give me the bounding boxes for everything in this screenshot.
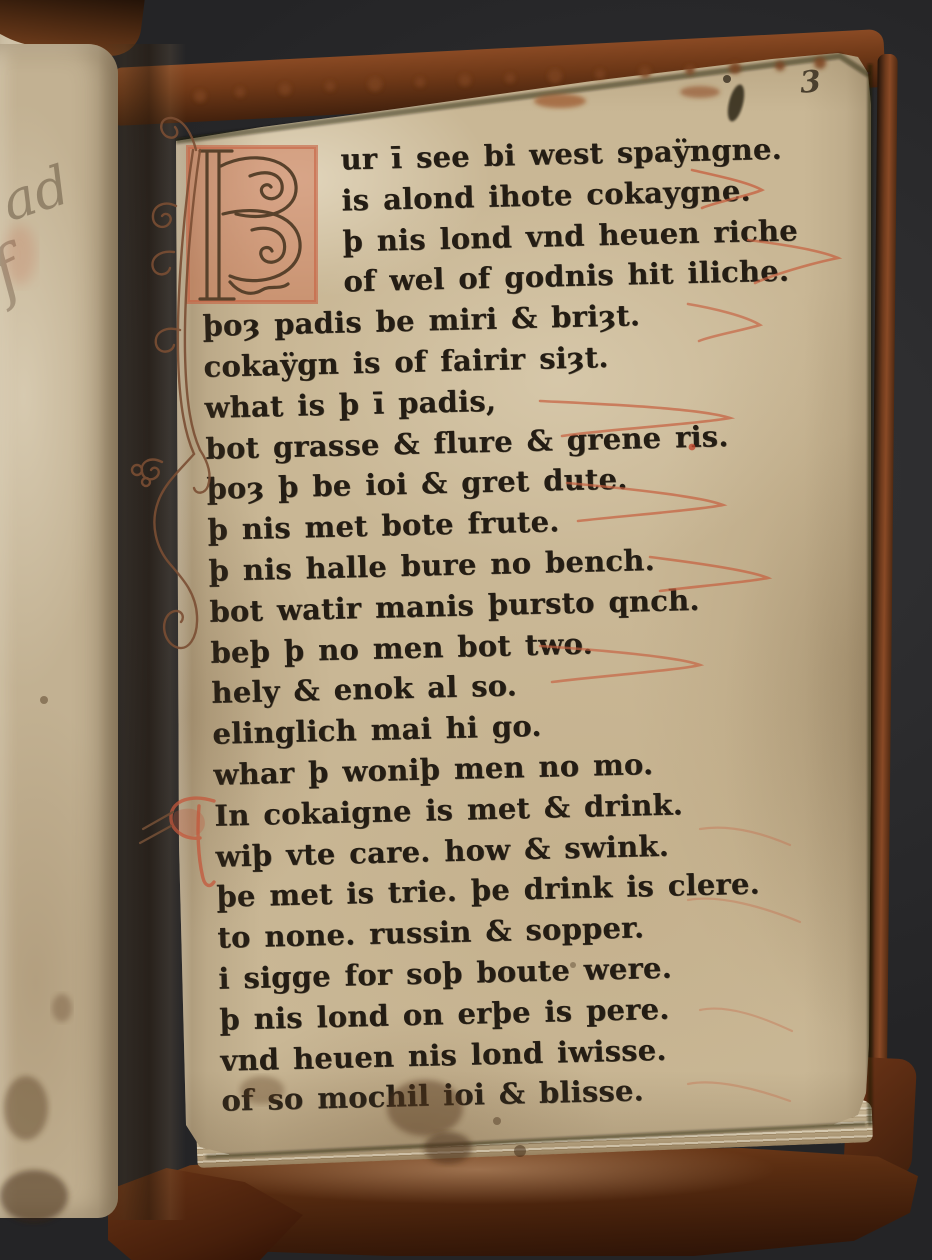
folio-number: 3	[799, 64, 823, 101]
facing-page-scribble: f	[0, 233, 34, 313]
recto-page: 3 F ur ī see bi west spaÿngne. is alond …	[172, 45, 874, 1160]
poem-text-block: ur ī see bi west spaÿngne. is alond ihot…	[198, 127, 870, 1122]
manuscript-photo: ad f 3 F ur ī see bi west spaÿngne. is a…	[0, 0, 932, 1260]
gutter-shadow	[98, 44, 186, 1220]
facing-page-scribble: ad	[0, 153, 77, 234]
